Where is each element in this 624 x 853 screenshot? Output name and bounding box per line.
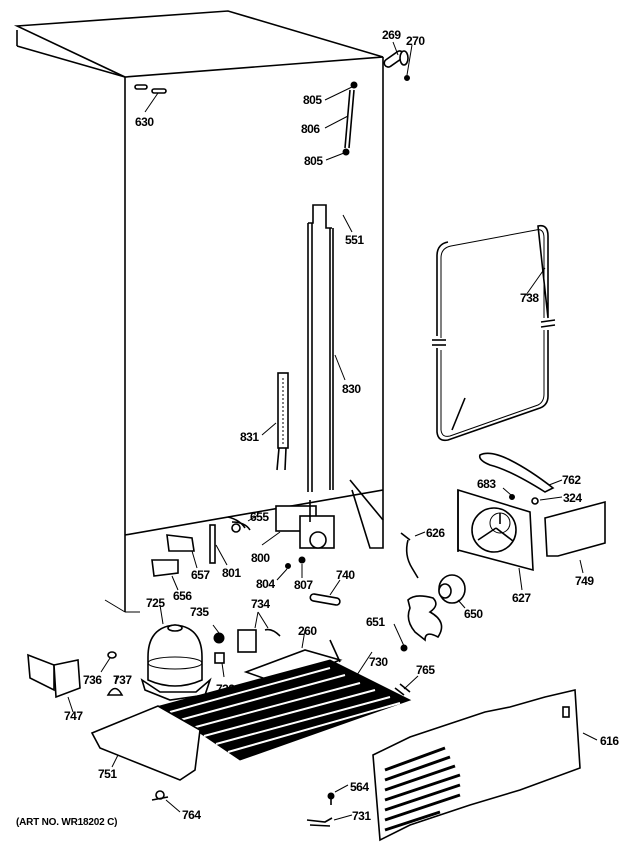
part-label-747: 747 — [64, 710, 83, 722]
capacitor-733 — [215, 653, 224, 663]
part-label-749: 749 — [575, 575, 594, 587]
tube-806 — [325, 82, 357, 160]
part-label-656: 656 — [173, 590, 192, 602]
insulation-strip-831 — [262, 373, 288, 470]
grommet-735 — [214, 633, 224, 643]
part-label-807: 807 — [294, 579, 313, 591]
part-label-751: 751 — [98, 768, 117, 780]
clip-765 — [395, 676, 418, 695]
grommet-mount-737 — [108, 689, 122, 696]
part-label-738: 738 — [520, 292, 539, 304]
part-label-804: 804 — [256, 578, 275, 590]
part-label-626: 626 — [426, 527, 445, 539]
part-label-725: 725 — [146, 597, 165, 609]
part-label-734: 734 — [251, 598, 270, 610]
part-label-616: 616 — [600, 735, 619, 747]
part-label-627: 627 — [512, 592, 531, 604]
washer-736 — [108, 652, 116, 658]
overload-relay-734 — [238, 612, 280, 652]
part-label-740: 740 — [336, 569, 355, 581]
grommet-324 — [532, 498, 538, 504]
cabinet-clip-630 — [135, 85, 166, 112]
hot-gas-loop-738 — [432, 226, 555, 441]
part-label-260: 260 — [298, 625, 317, 637]
screw-683 — [510, 495, 515, 500]
compressor-725 — [142, 605, 210, 700]
part-label-730: 730 — [369, 656, 388, 668]
part-label-736: 736 — [83, 674, 102, 686]
clip-731 — [307, 815, 352, 826]
part-label-805-bottom: 805 — [304, 155, 323, 167]
part-label-806: 806 — [301, 123, 320, 135]
part-label-324: 324 — [563, 492, 582, 504]
part-label-630: 630 — [135, 116, 154, 128]
clip-740 — [310, 580, 341, 606]
terminal-cover-747 — [28, 655, 80, 712]
screw-564 — [328, 785, 348, 805]
fan-shroud-627 — [458, 490, 533, 590]
harness-626 — [401, 532, 425, 578]
part-label-735: 735 — [190, 606, 209, 618]
part-label-733: 733 — [216, 683, 235, 695]
part-label-737: 737 — [113, 674, 132, 686]
part-label-764: 764 — [182, 809, 201, 821]
part-label-551: 551 — [345, 234, 364, 246]
water-valve-800 — [262, 500, 334, 580]
part-label-564: 564 — [350, 781, 369, 793]
part-label-651: 651 — [366, 616, 385, 628]
fan-blade-651 — [394, 596, 442, 651]
clip-764 — [152, 791, 180, 812]
part-label-650: 650 — [464, 608, 483, 620]
part-label-765: 765 — [416, 664, 435, 676]
part-label-270: 270 — [406, 35, 425, 47]
tube-insert-801 — [210, 525, 227, 565]
part-label-800: 800 — [251, 552, 270, 564]
part-label-657: 657 — [191, 569, 210, 581]
water-line-channel-830 — [308, 205, 352, 492]
part-label-801: 801 — [222, 567, 241, 579]
condenser-fan-motor-650 — [439, 575, 465, 608]
part-label-831: 831 — [240, 431, 259, 443]
part-label-762: 762 — [562, 474, 581, 486]
part-label-731: 731 — [352, 810, 371, 822]
part-label-269: 269 — [382, 29, 401, 41]
cover-749 — [545, 502, 605, 573]
art-number: (ART NO. WR18202 C) — [16, 817, 117, 828]
part-label-683: 683 — [477, 478, 496, 490]
part-label-805-top: 805 — [303, 94, 322, 106]
grille-616 — [373, 690, 597, 840]
part-label-655: 655 — [250, 511, 269, 523]
bracket-656 — [152, 560, 178, 590]
part-label-830: 830 — [342, 383, 361, 395]
